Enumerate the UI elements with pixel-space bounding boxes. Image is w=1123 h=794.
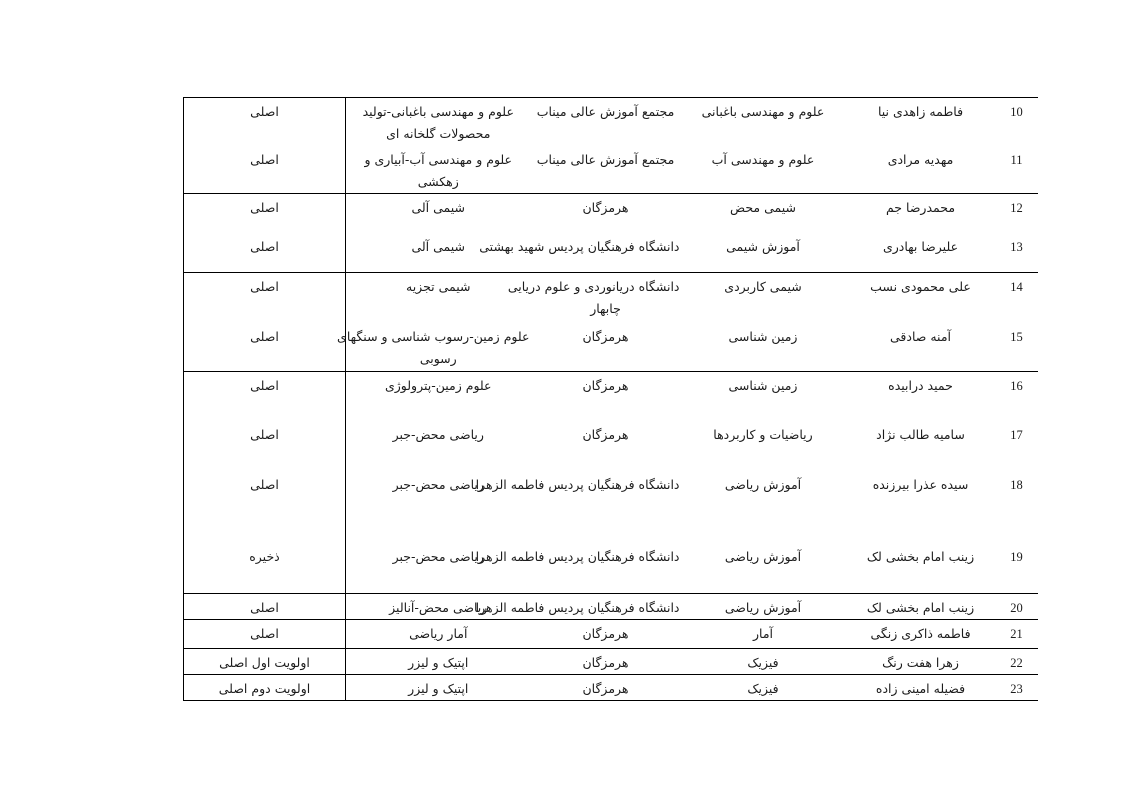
cell-applicant-name: علیرضا بهادری	[846, 233, 996, 272]
cell-field: زمین شناسی	[681, 371, 846, 421]
cell-major: اپتیک و لیزر	[346, 648, 531, 674]
cell-university: مجتمع آموزش عالی میناب	[531, 98, 681, 146]
cell-field: آمار	[681, 619, 846, 648]
cell-applicant-name: زینب امام بخشی لک	[846, 543, 996, 593]
table-row: 18 سیده عذرا بیرزنده آموزش ریاضی دانشگاه…	[184, 471, 1038, 543]
cell-status: اولویت اول اصلی	[184, 648, 346, 674]
cell-applicant-name: حمید درابیده	[846, 371, 996, 421]
cell-status: اصلی	[184, 233, 346, 272]
cell-university: هرمزگان	[531, 619, 681, 648]
cell-university: دانشگاه فرهنگیان پردیس شهید بهشتی	[531, 233, 681, 272]
cell-status: اصلی	[184, 98, 346, 146]
cell-university: هرمزگان	[531, 648, 681, 674]
cell-university: دانشگاه فرهنگیان پردیس فاطمه الزهرا	[531, 593, 681, 619]
cell-applicant-name: علی محمودی نسب	[846, 272, 996, 323]
cell-applicant-name: فضیله امینی زاده	[846, 674, 996, 700]
cell-field: شیمی محض	[681, 193, 846, 233]
cell-major: علوم و مهندسی باغبانی-تولید محصولات گلخا…	[346, 98, 531, 146]
row-number: 17	[996, 421, 1038, 471]
table-row: 21 فاطمه ذاکری زنگی آمار هرمزگان آمار ری…	[184, 619, 1038, 648]
cell-applicant-name: آمنه صادقی	[846, 323, 996, 371]
table-row: 11 مهدیه مرادی علوم و مهندسی آب مجتمع آم…	[184, 146, 1038, 194]
cell-field: فیزیک	[681, 648, 846, 674]
cell-applicant-name: فاطمه زاهدی نیا	[846, 98, 996, 146]
cell-applicant-name: سیده عذرا بیرزنده	[846, 471, 996, 543]
cell-field: آموزش ریاضی	[681, 471, 846, 543]
row-number: 12	[996, 193, 1038, 233]
row-number: 13	[996, 233, 1038, 272]
cell-status: اصلی	[184, 323, 346, 371]
cell-major: علوم زمین-پترولوژی	[346, 371, 531, 421]
placement-results-table: 10 فاطمه زاهدی نیا علوم و مهندسی باغبانی…	[183, 97, 1038, 701]
row-number: 23	[996, 674, 1038, 700]
cell-field: آموزش شیمی	[681, 233, 846, 272]
table-row: 17 سامیه طالب نژاد ریاضیات و کاربردها هر…	[184, 421, 1038, 471]
cell-university: مجتمع آموزش عالی میناب	[531, 146, 681, 194]
row-number: 21	[996, 619, 1038, 648]
cell-field: علوم و مهندسی آب	[681, 146, 846, 194]
row-number: 15	[996, 323, 1038, 371]
cell-field: فیزیک	[681, 674, 846, 700]
table-row: 20 زینب امام بخشی لک آموزش ریاضی دانشگاه…	[184, 593, 1038, 619]
cell-status: اصلی	[184, 421, 346, 471]
cell-university: دانشگاه فرهنگیان پردیس فاطمه الزهرا	[531, 471, 681, 543]
cell-status: اولویت دوم اصلی	[184, 674, 346, 700]
table-row: 14 علی محمودی نسب شیمی کاربردی دانشگاه د…	[184, 272, 1038, 323]
table-row: 22 زهرا هفت رنگ فیزیک هرمزگان اپتیک و لی…	[184, 648, 1038, 674]
cell-status: اصلی	[184, 619, 346, 648]
cell-field: علوم و مهندسی باغبانی	[681, 98, 846, 146]
cell-applicant-name: زینب امام بخشی لک	[846, 593, 996, 619]
cell-status: اصلی	[184, 593, 346, 619]
row-number: 16	[996, 371, 1038, 421]
cell-field: ریاضیات و کاربردها	[681, 421, 846, 471]
table-row: 12 محمدرضا جم شیمی محض هرمزگان شیمی آلی …	[184, 193, 1038, 233]
cell-status: اصلی	[184, 193, 346, 233]
cell-status: اصلی	[184, 371, 346, 421]
cell-major: ریاضی محض-جبر	[346, 421, 531, 471]
cell-major: آمار ریاضی	[346, 619, 531, 648]
table-row: 16 حمید درابیده زمین شناسی هرمزگان علوم …	[184, 371, 1038, 421]
cell-applicant-name: فاطمه ذاکری زنگی	[846, 619, 996, 648]
cell-university: هرمزگان	[531, 323, 681, 371]
cell-status: ذخیره	[184, 543, 346, 593]
row-number: 14	[996, 272, 1038, 323]
cell-field: زمین شناسی	[681, 323, 846, 371]
row-number: 20	[996, 593, 1038, 619]
row-number: 11	[996, 146, 1038, 194]
cell-major: شیمی آلی	[346, 193, 531, 233]
cell-university: دانشگاه فرهنگیان پردیس فاطمه الزهرا	[531, 543, 681, 593]
cell-applicant-name: سامیه طالب نژاد	[846, 421, 996, 471]
row-number: 10	[996, 98, 1038, 146]
cell-applicant-name: مهدیه مرادی	[846, 146, 996, 194]
table-row: 10 فاطمه زاهدی نیا علوم و مهندسی باغبانی…	[184, 98, 1038, 146]
row-number: 22	[996, 648, 1038, 674]
cell-university: هرمزگان	[531, 421, 681, 471]
table-row: 13 علیرضا بهادری آموزش شیمی دانشگاه فرهن…	[184, 233, 1038, 272]
table-row: 15 آمنه صادقی زمین شناسی هرمزگان علوم زم…	[184, 323, 1038, 371]
cell-applicant-name: زهرا هفت رنگ	[846, 648, 996, 674]
cell-university: هرمزگان	[531, 193, 681, 233]
row-number: 18	[996, 471, 1038, 543]
cell-status: اصلی	[184, 272, 346, 323]
cell-major: علوم و مهندسی آب-آبیاری و زهکشی	[346, 146, 531, 194]
table-row: 19 زینب امام بخشی لک آموزش ریاضی دانشگاه…	[184, 543, 1038, 593]
cell-major: اپتیک و لیزر	[346, 674, 531, 700]
cell-status: اصلی	[184, 146, 346, 194]
cell-university: هرمزگان	[531, 674, 681, 700]
table-row: 23 فضیله امینی زاده فیزیک هرمزگان اپتیک …	[184, 674, 1038, 700]
cell-university: هرمزگان	[531, 371, 681, 421]
cell-status: اصلی	[184, 471, 346, 543]
cell-applicant-name: محمدرضا جم	[846, 193, 996, 233]
cell-major: علوم زمین-رسوب شناسی و سنگهای رسوبی	[346, 323, 531, 371]
cell-major: شیمی تجزیه	[346, 272, 531, 323]
document-page: 10 فاطمه زاهدی نیا علوم و مهندسی باغبانی…	[0, 0, 1123, 794]
cell-field: آموزش ریاضی	[681, 543, 846, 593]
cell-field: شیمی کاربردی	[681, 272, 846, 323]
row-number: 19	[996, 543, 1038, 593]
cell-field: آموزش ریاضی	[681, 593, 846, 619]
cell-university: دانشگاه دریانوردی و علوم دریایی چابهار	[531, 272, 681, 323]
